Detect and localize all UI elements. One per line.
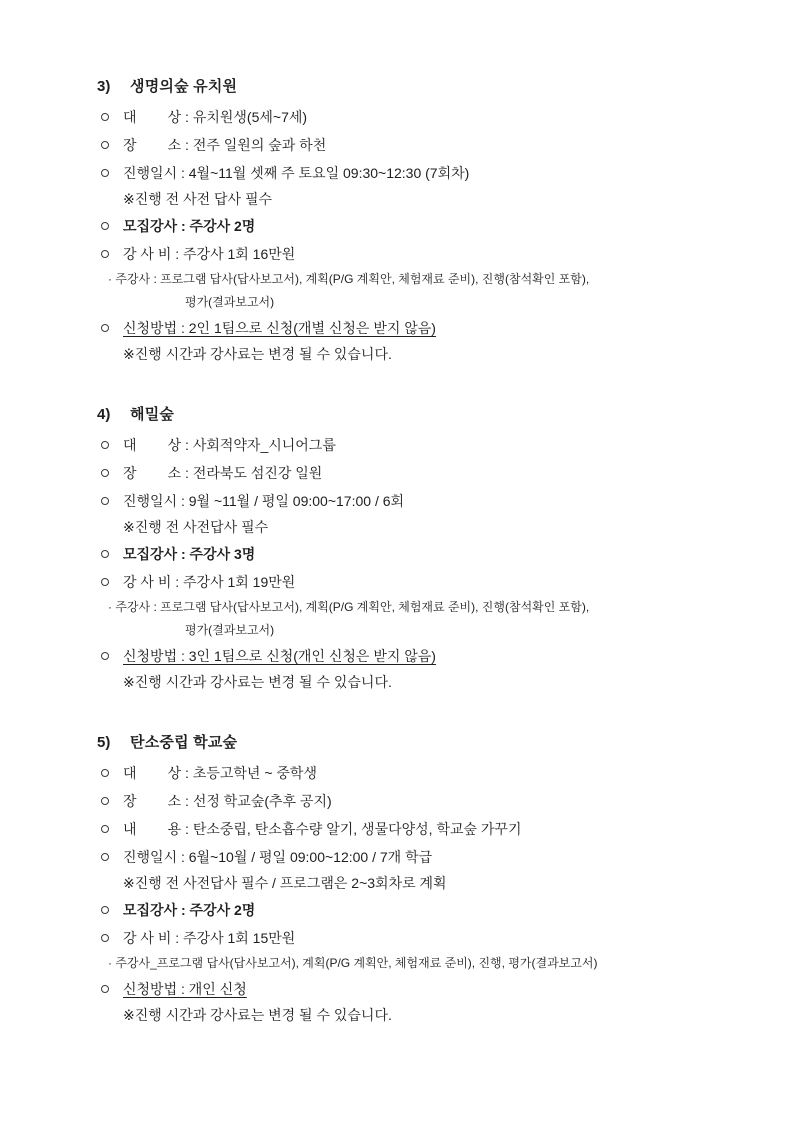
document-line: 진행일시 : 4월~11월 셋째 주 토요일 09:30~12:30 (7회차) xyxy=(97,159,737,187)
line-text: · 주강사_프로그램 답사(답사보고서), 계획(P/G 계획안, 체험재료 준… xyxy=(108,956,597,970)
document-line: 대 상 : 사회적약자_시니어그룹 xyxy=(97,431,737,459)
document-page: 3)생명의숲 유치원대 상 : 유치원생(5세~7세)장 소 : 전주 일원의 … xyxy=(0,0,795,1123)
document-line: ※진행 전 사전답사 필수 xyxy=(97,515,737,540)
line-text: 모집강사 : 주강사 3명 xyxy=(123,546,255,562)
line-text: 진행일시 : 6월~10월 / 평일 09:00~12:00 / 7개 학급 xyxy=(123,849,432,865)
circle-bullet-icon xyxy=(101,797,109,805)
section-heading: 3)생명의숲 유치원 xyxy=(97,70,737,103)
line-text: 평가(결과보고서) xyxy=(185,623,274,637)
line-text: · 주강사 : 프로그램 답사(답사보고서), 계획(P/G 계획안, 체험재료… xyxy=(108,600,589,614)
section-title: 생명의숲 유치원 xyxy=(130,70,237,103)
line-text: 장 소 : 선정 학교숲(추후 공지) xyxy=(123,793,332,809)
document-line: · 주강사_프로그램 답사(답사보고서), 계획(P/G 계획안, 체험재료 준… xyxy=(97,952,737,975)
document-line: · 주강사 : 프로그램 답사(답사보고서), 계획(P/G 계획안, 체험재료… xyxy=(97,268,737,291)
document-line: 진행일시 : 9월 ~11월 / 평일 09:00~17:00 / 6회 xyxy=(97,487,737,515)
circle-bullet-icon xyxy=(101,578,109,586)
document-line: 장 소 : 전주 일원의 숲과 하천 xyxy=(97,131,737,159)
line-text: 신청방법 : 2인 1팀으로 신청(개별 신청은 받지 않음) xyxy=(123,320,436,336)
document-line: 대 상 : 유치원생(5세~7세) xyxy=(97,103,737,131)
section-4: 4)해밀숲대 상 : 사회적약자_시니어그룹장 소 : 전라북도 섬진강 일원진… xyxy=(97,398,737,695)
section-number: 4) xyxy=(97,398,130,431)
document-line: 모집강사 : 주강사 2명 xyxy=(97,212,737,240)
document-line: ※진행 시간과 강사료는 변경 될 수 있습니다. xyxy=(97,1003,737,1028)
line-text: 평가(결과보고서) xyxy=(185,295,274,309)
circle-bullet-icon xyxy=(101,113,109,121)
document-body: 3)생명의숲 유치원대 상 : 유치원생(5세~7세)장 소 : 전주 일원의 … xyxy=(97,70,737,1028)
line-text: 강 사 비 : 주강사 1회 15만원 xyxy=(123,930,295,946)
document-line: 신청방법 : 2인 1팀으로 신청(개별 신청은 받지 않음) xyxy=(97,314,737,342)
circle-bullet-icon xyxy=(101,550,109,558)
document-line: 강 사 비 : 주강사 1회 19만원 xyxy=(97,568,737,596)
circle-bullet-icon xyxy=(101,169,109,177)
document-line: 대 상 : 초등고학년 ~ 중학생 xyxy=(97,759,737,787)
circle-bullet-icon xyxy=(101,497,109,505)
document-line: 모집강사 : 주강사 2명 xyxy=(97,896,737,924)
line-text: 강 사 비 : 주강사 1회 19만원 xyxy=(123,574,295,590)
circle-bullet-icon xyxy=(101,769,109,777)
document-line: · 주강사 : 프로그램 답사(답사보고서), 계획(P/G 계획안, 체험재료… xyxy=(97,596,737,619)
section-heading: 4)해밀숲 xyxy=(97,398,737,431)
circle-bullet-icon xyxy=(101,469,109,477)
circle-bullet-icon xyxy=(101,250,109,258)
document-line: ※진행 전 사전 답사 필수 xyxy=(97,187,737,212)
document-line: 강 사 비 : 주강사 1회 16만원 xyxy=(97,240,737,268)
document-line: 내 용 : 탄소중립, 탄소흡수량 알기, 생물다양성, 학교숲 가꾸기 xyxy=(97,815,737,843)
line-text: 신청방법 : 3인 1팀으로 신청(개인 신청은 받지 않음) xyxy=(123,648,436,664)
circle-bullet-icon xyxy=(101,141,109,149)
document-line: 강 사 비 : 주강사 1회 15만원 xyxy=(97,924,737,952)
document-line: 장 소 : 전라북도 섬진강 일원 xyxy=(97,459,737,487)
line-text: 강 사 비 : 주강사 1회 16만원 xyxy=(123,246,295,262)
line-text: 장 소 : 전주 일원의 숲과 하천 xyxy=(123,137,326,153)
section-title: 해밀숲 xyxy=(130,398,174,431)
line-text: ※진행 시간과 강사료는 변경 될 수 있습니다. xyxy=(123,346,392,362)
line-text: 모집강사 : 주강사 2명 xyxy=(123,902,255,918)
line-text: 대 상 : 사회적약자_시니어그룹 xyxy=(123,437,336,453)
circle-bullet-icon xyxy=(101,222,109,230)
line-text: ※진행 전 사전답사 필수 / 프로그램은 2~3회차로 계획 xyxy=(123,875,447,891)
line-text: 신청방법 : 개인 신청 xyxy=(123,981,247,997)
section-3: 3)생명의숲 유치원대 상 : 유치원생(5세~7세)장 소 : 전주 일원의 … xyxy=(97,70,737,367)
line-text: ※진행 전 사전 답사 필수 xyxy=(123,191,272,207)
circle-bullet-icon xyxy=(101,985,109,993)
document-line: 신청방법 : 개인 신청 xyxy=(97,975,737,1003)
circle-bullet-icon xyxy=(101,324,109,332)
section-5: 5)탄소중립 학교숲대 상 : 초등고학년 ~ 중학생장 소 : 선정 학교숲(… xyxy=(97,726,737,1028)
circle-bullet-icon xyxy=(101,906,109,914)
document-line: 진행일시 : 6월~10월 / 평일 09:00~12:00 / 7개 학급 xyxy=(97,843,737,871)
line-text: ※진행 시간과 강사료는 변경 될 수 있습니다. xyxy=(123,674,392,690)
circle-bullet-icon xyxy=(101,652,109,660)
circle-bullet-icon xyxy=(101,934,109,942)
document-line: ※진행 시간과 강사료는 변경 될 수 있습니다. xyxy=(97,670,737,695)
circle-bullet-icon xyxy=(101,853,109,861)
line-text: · 주강사 : 프로그램 답사(답사보고서), 계획(P/G 계획안, 체험재료… xyxy=(108,272,589,286)
section-number: 3) xyxy=(97,70,130,103)
line-text: 대 상 : 초등고학년 ~ 중학생 xyxy=(123,765,317,781)
document-line: 평가(결과보고서) xyxy=(97,619,737,642)
section-heading: 5)탄소중립 학교숲 xyxy=(97,726,737,759)
line-text: ※진행 시간과 강사료는 변경 될 수 있습니다. xyxy=(123,1007,392,1023)
document-line: 모집강사 : 주강사 3명 xyxy=(97,540,737,568)
document-line: 장 소 : 선정 학교숲(추후 공지) xyxy=(97,787,737,815)
section-title: 탄소중립 학교숲 xyxy=(130,726,237,759)
line-text: 내 용 : 탄소중립, 탄소흡수량 알기, 생물다양성, 학교숲 가꾸기 xyxy=(123,821,521,837)
document-line: ※진행 시간과 강사료는 변경 될 수 있습니다. xyxy=(97,342,737,367)
line-text: 장 소 : 전라북도 섬진강 일원 xyxy=(123,465,322,481)
line-text: 진행일시 : 4월~11월 셋째 주 토요일 09:30~12:30 (7회차) xyxy=(123,165,469,181)
line-text: 대 상 : 유치원생(5세~7세) xyxy=(123,109,307,125)
document-line: 신청방법 : 3인 1팀으로 신청(개인 신청은 받지 않음) xyxy=(97,642,737,670)
line-text: 모집강사 : 주강사 2명 xyxy=(123,218,255,234)
section-number: 5) xyxy=(97,726,130,759)
line-text: ※진행 전 사전답사 필수 xyxy=(123,519,268,535)
circle-bullet-icon xyxy=(101,825,109,833)
line-text: 진행일시 : 9월 ~11월 / 평일 09:00~17:00 / 6회 xyxy=(123,493,404,509)
document-line: 평가(결과보고서) xyxy=(97,291,737,314)
circle-bullet-icon xyxy=(101,441,109,449)
document-line: ※진행 전 사전답사 필수 / 프로그램은 2~3회차로 계획 xyxy=(97,871,737,896)
